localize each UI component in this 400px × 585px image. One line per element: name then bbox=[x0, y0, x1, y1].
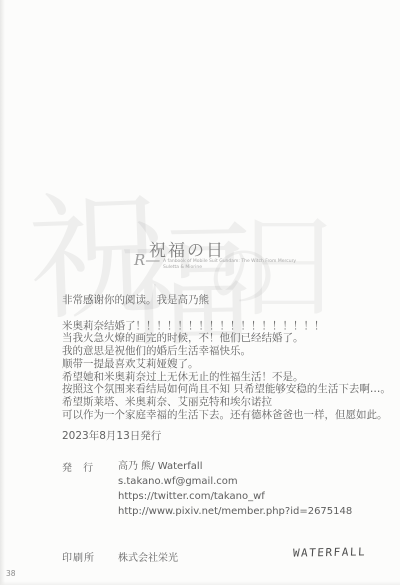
subtitle-line: Suletta & Miorine bbox=[163, 265, 296, 271]
page-title: 祝福の日 bbox=[149, 236, 225, 261]
publisher-label: 発 行 bbox=[62, 459, 118, 519]
publisher-twitter-url: https://twitter.com/takano_wf bbox=[118, 489, 352, 504]
greeting-line: 非常感谢你的阅读。我是高乃熊 bbox=[62, 294, 391, 307]
body-line: 按照这个氛围来看结局如何尚且不知 只希望能够安稳的生活下去啊…。 bbox=[62, 383, 391, 396]
title-flourish: R— bbox=[134, 251, 160, 269]
body-line: 希望她和米奥莉奈过上无休无止的性福生活！不是。 bbox=[62, 371, 391, 384]
body-line: 当我火急火燎的画完的时候，不！他们已经结婚了。 bbox=[62, 332, 391, 345]
body-line: 米奥莉奈结婚了！！！！！！！！！！！！！！！！！！ bbox=[62, 320, 391, 333]
printer-name: 株式会社栄光 bbox=[118, 549, 178, 564]
scanned-afterword-page: 祝 福 の 日 祝福の日 R— A fanbook of Mobile Suit… bbox=[0, 0, 400, 585]
printer-row: 印刷所 株式会社栄光 bbox=[62, 549, 178, 564]
body-line: 顺带一提最喜欢艾莉娅嫂了。 bbox=[62, 358, 391, 371]
colophon: 発 行 高乃 熊/ Waterfall s.takano.wf@gmail.co… bbox=[62, 459, 352, 519]
publisher-name: 高乃 熊/ Waterfall bbox=[118, 459, 352, 474]
body-line: 可以作为一个家庭幸福的生活下去。还有德林爸爸也一样，但愿如此。 bbox=[62, 409, 391, 422]
title-subtitle: A fanbook of Mobile Suit Gundam: The Wit… bbox=[163, 259, 296, 270]
subtitle-line: A fanbook of Mobile Suit Gundam: The Wit… bbox=[163, 259, 296, 265]
body-line: 希望斯莱塔、米奥莉奈、艾丽克特和埃尔诺拉 bbox=[62, 396, 391, 409]
scan-edge-left bbox=[0, 0, 5, 585]
publisher-pixiv-url: http://www.pixiv.net/member.php?id=26751… bbox=[118, 504, 352, 519]
scan-edge-bottom bbox=[0, 581, 400, 585]
printer-label: 印刷所 bbox=[62, 549, 118, 564]
page-number: 38 bbox=[6, 569, 16, 578]
circle-logo: WATERFALL bbox=[293, 545, 367, 559]
publisher-email: s.takano.wf@gmail.com bbox=[118, 474, 352, 489]
afterword-text: 非常感谢你的阅读。我是高乃熊 米奥莉奈结婚了！！！！！！！！！！！！！！！！！！… bbox=[62, 294, 391, 421]
body-line: 我的意思是祝他们的婚后生活幸福快乐。 bbox=[62, 345, 391, 358]
publication-date: 2023年8月13日発行 bbox=[62, 428, 161, 443]
